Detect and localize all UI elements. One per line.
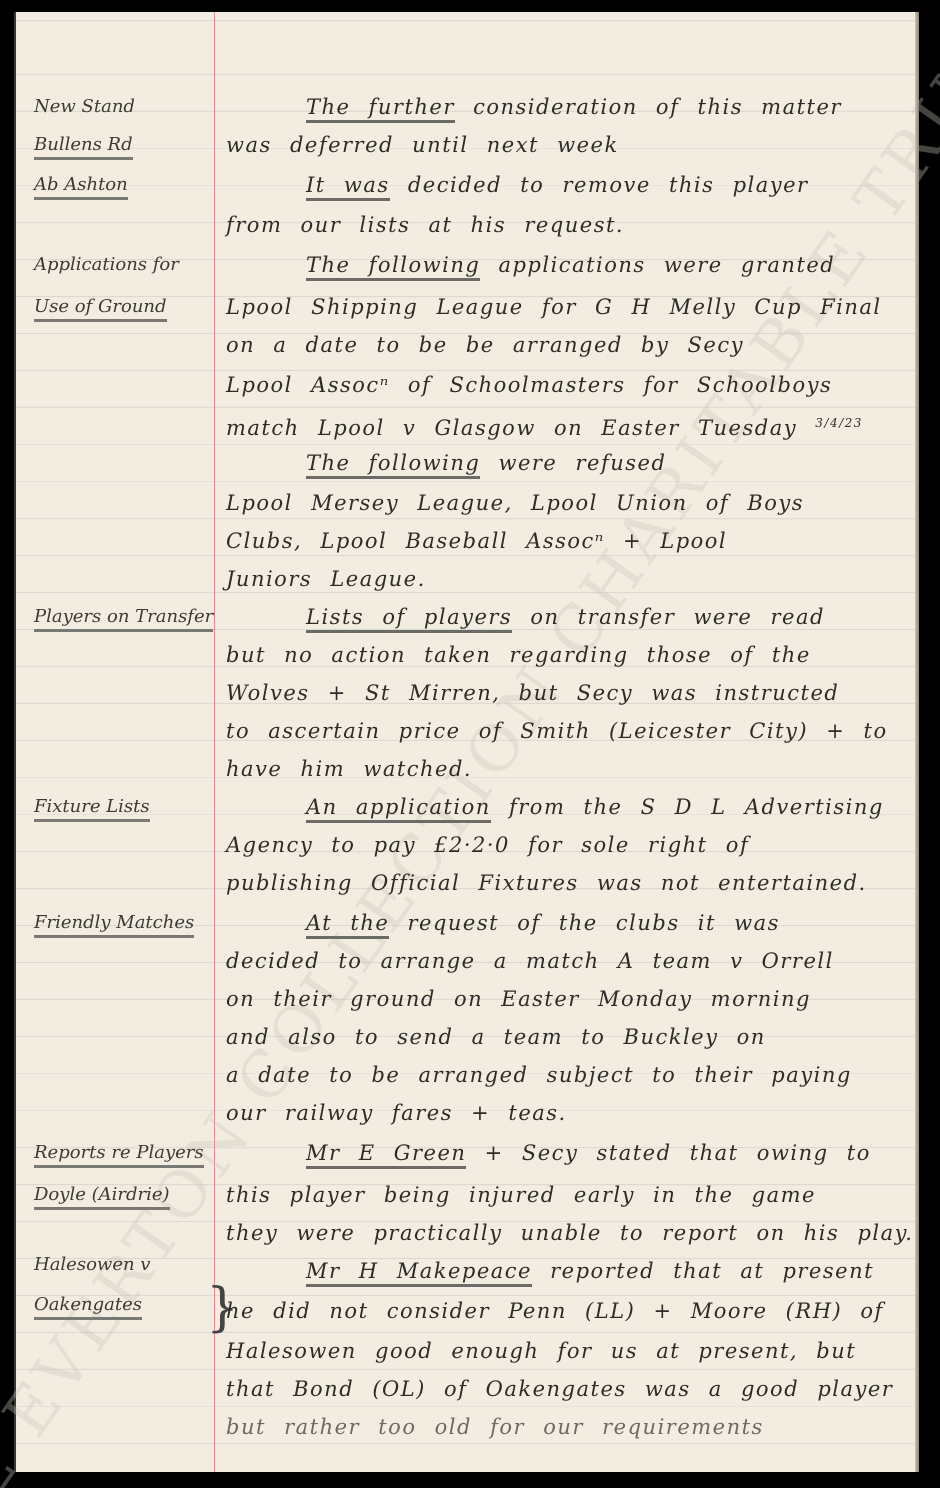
minute-line: Wolves + St Mirren, but Secy was instruc… xyxy=(226,680,906,706)
minute-line: on a date to be be arranged by Secy xyxy=(226,332,906,358)
margin-note-players-on-transfer: Players on Transfer xyxy=(34,604,214,630)
minute-line: match Lpool v Glasgow on Easter Tuesday … xyxy=(226,410,906,441)
minute-line: they were practically unable to report o… xyxy=(226,1220,906,1246)
margin-note-fixture-lists: Fixture Lists xyxy=(34,794,214,820)
margin-note-reports-re-players: Reports re Players xyxy=(34,1140,214,1166)
margin-note-oakengates: Oakengates xyxy=(34,1292,214,1318)
margin-note-bullens-rd: Bullens Rd xyxy=(34,132,214,158)
minute-line: Mr H Makepeace reported that at present xyxy=(226,1258,906,1284)
minute-line: Mr E Green + Secy stated that owing to xyxy=(226,1140,906,1166)
minute-line: to ascertain price of Smith (Leicester C… xyxy=(226,718,906,744)
minute-line: The further consideration of this matter xyxy=(226,94,906,120)
minute-line: was deferred until next week xyxy=(226,132,906,158)
minute-line: It was decided to remove this player xyxy=(226,172,906,198)
minute-line: on their ground on Easter Monday morning xyxy=(226,986,906,1012)
margin-note-applications: Applications for xyxy=(34,252,214,278)
minute-line: Juniors League. xyxy=(226,566,906,592)
minute-line: The following applications were granted xyxy=(226,252,906,278)
minute-line: but rather too old for our requirements xyxy=(226,1414,906,1440)
margin-rule xyxy=(214,12,215,1472)
minute-line: At the request of the clubs it was xyxy=(226,910,906,936)
minute-line: this player being injured early in the g… xyxy=(226,1182,906,1208)
minute-line: Agency to pay £2·2·0 for sole right of xyxy=(226,832,906,858)
margin-note-new-stand: New Stand xyxy=(34,94,214,120)
margin-note-ab-ashton: Ab Ashton xyxy=(34,172,214,198)
minute-line: Lists of players on transfer were read xyxy=(226,604,906,630)
minute-line: decided to arrange a match A team v Orre… xyxy=(226,948,906,974)
date-annotation: 3/4/23 xyxy=(815,416,863,430)
minute-line: An application from the S D L Advertisin… xyxy=(226,794,906,820)
minute-line: publishing Official Fixtures was not ent… xyxy=(226,870,906,896)
minute-line: Halesowen good enough for us at present,… xyxy=(226,1338,906,1364)
minute-line: Clubs, Lpool Baseball Assocⁿ + Lpool xyxy=(226,528,906,554)
margin-note-use-of-ground: Use of Ground xyxy=(34,294,214,320)
minute-line: Lpool Mersey League, Lpool Union of Boys xyxy=(226,490,906,516)
minute-line: our railway fares + teas. xyxy=(226,1100,906,1126)
minute-line: Lpool Assocⁿ of Schoolmasters for School… xyxy=(226,372,906,398)
margin-note-friendly-matches: Friendly Matches xyxy=(34,910,214,936)
minute-book-page: THE EVERTON COLLECTION CHARITABLE TRUST … xyxy=(14,12,916,1472)
margin-note-doyle-airdrie: Doyle (Airdrie) xyxy=(34,1182,214,1208)
minute-line: but no action taken regarding those of t… xyxy=(226,642,906,668)
minute-line: that Bond (OL) of Oakengates was a good … xyxy=(226,1376,906,1402)
minute-line: Lpool Shipping League for G H Melly Cup … xyxy=(226,294,906,320)
minute-line: he did not consider Penn (LL) + Moore (R… xyxy=(226,1298,906,1324)
margin-note-halesowen: Halesowen v xyxy=(34,1252,214,1278)
minute-line: from our lists at his request. xyxy=(226,212,906,238)
minute-line: have him watched. xyxy=(226,756,906,782)
minute-line: The following were refused xyxy=(226,450,906,476)
minute-line: a date to be arranged subject to their p… xyxy=(226,1062,906,1088)
minute-line: and also to send a team to Buckley on xyxy=(226,1024,906,1050)
